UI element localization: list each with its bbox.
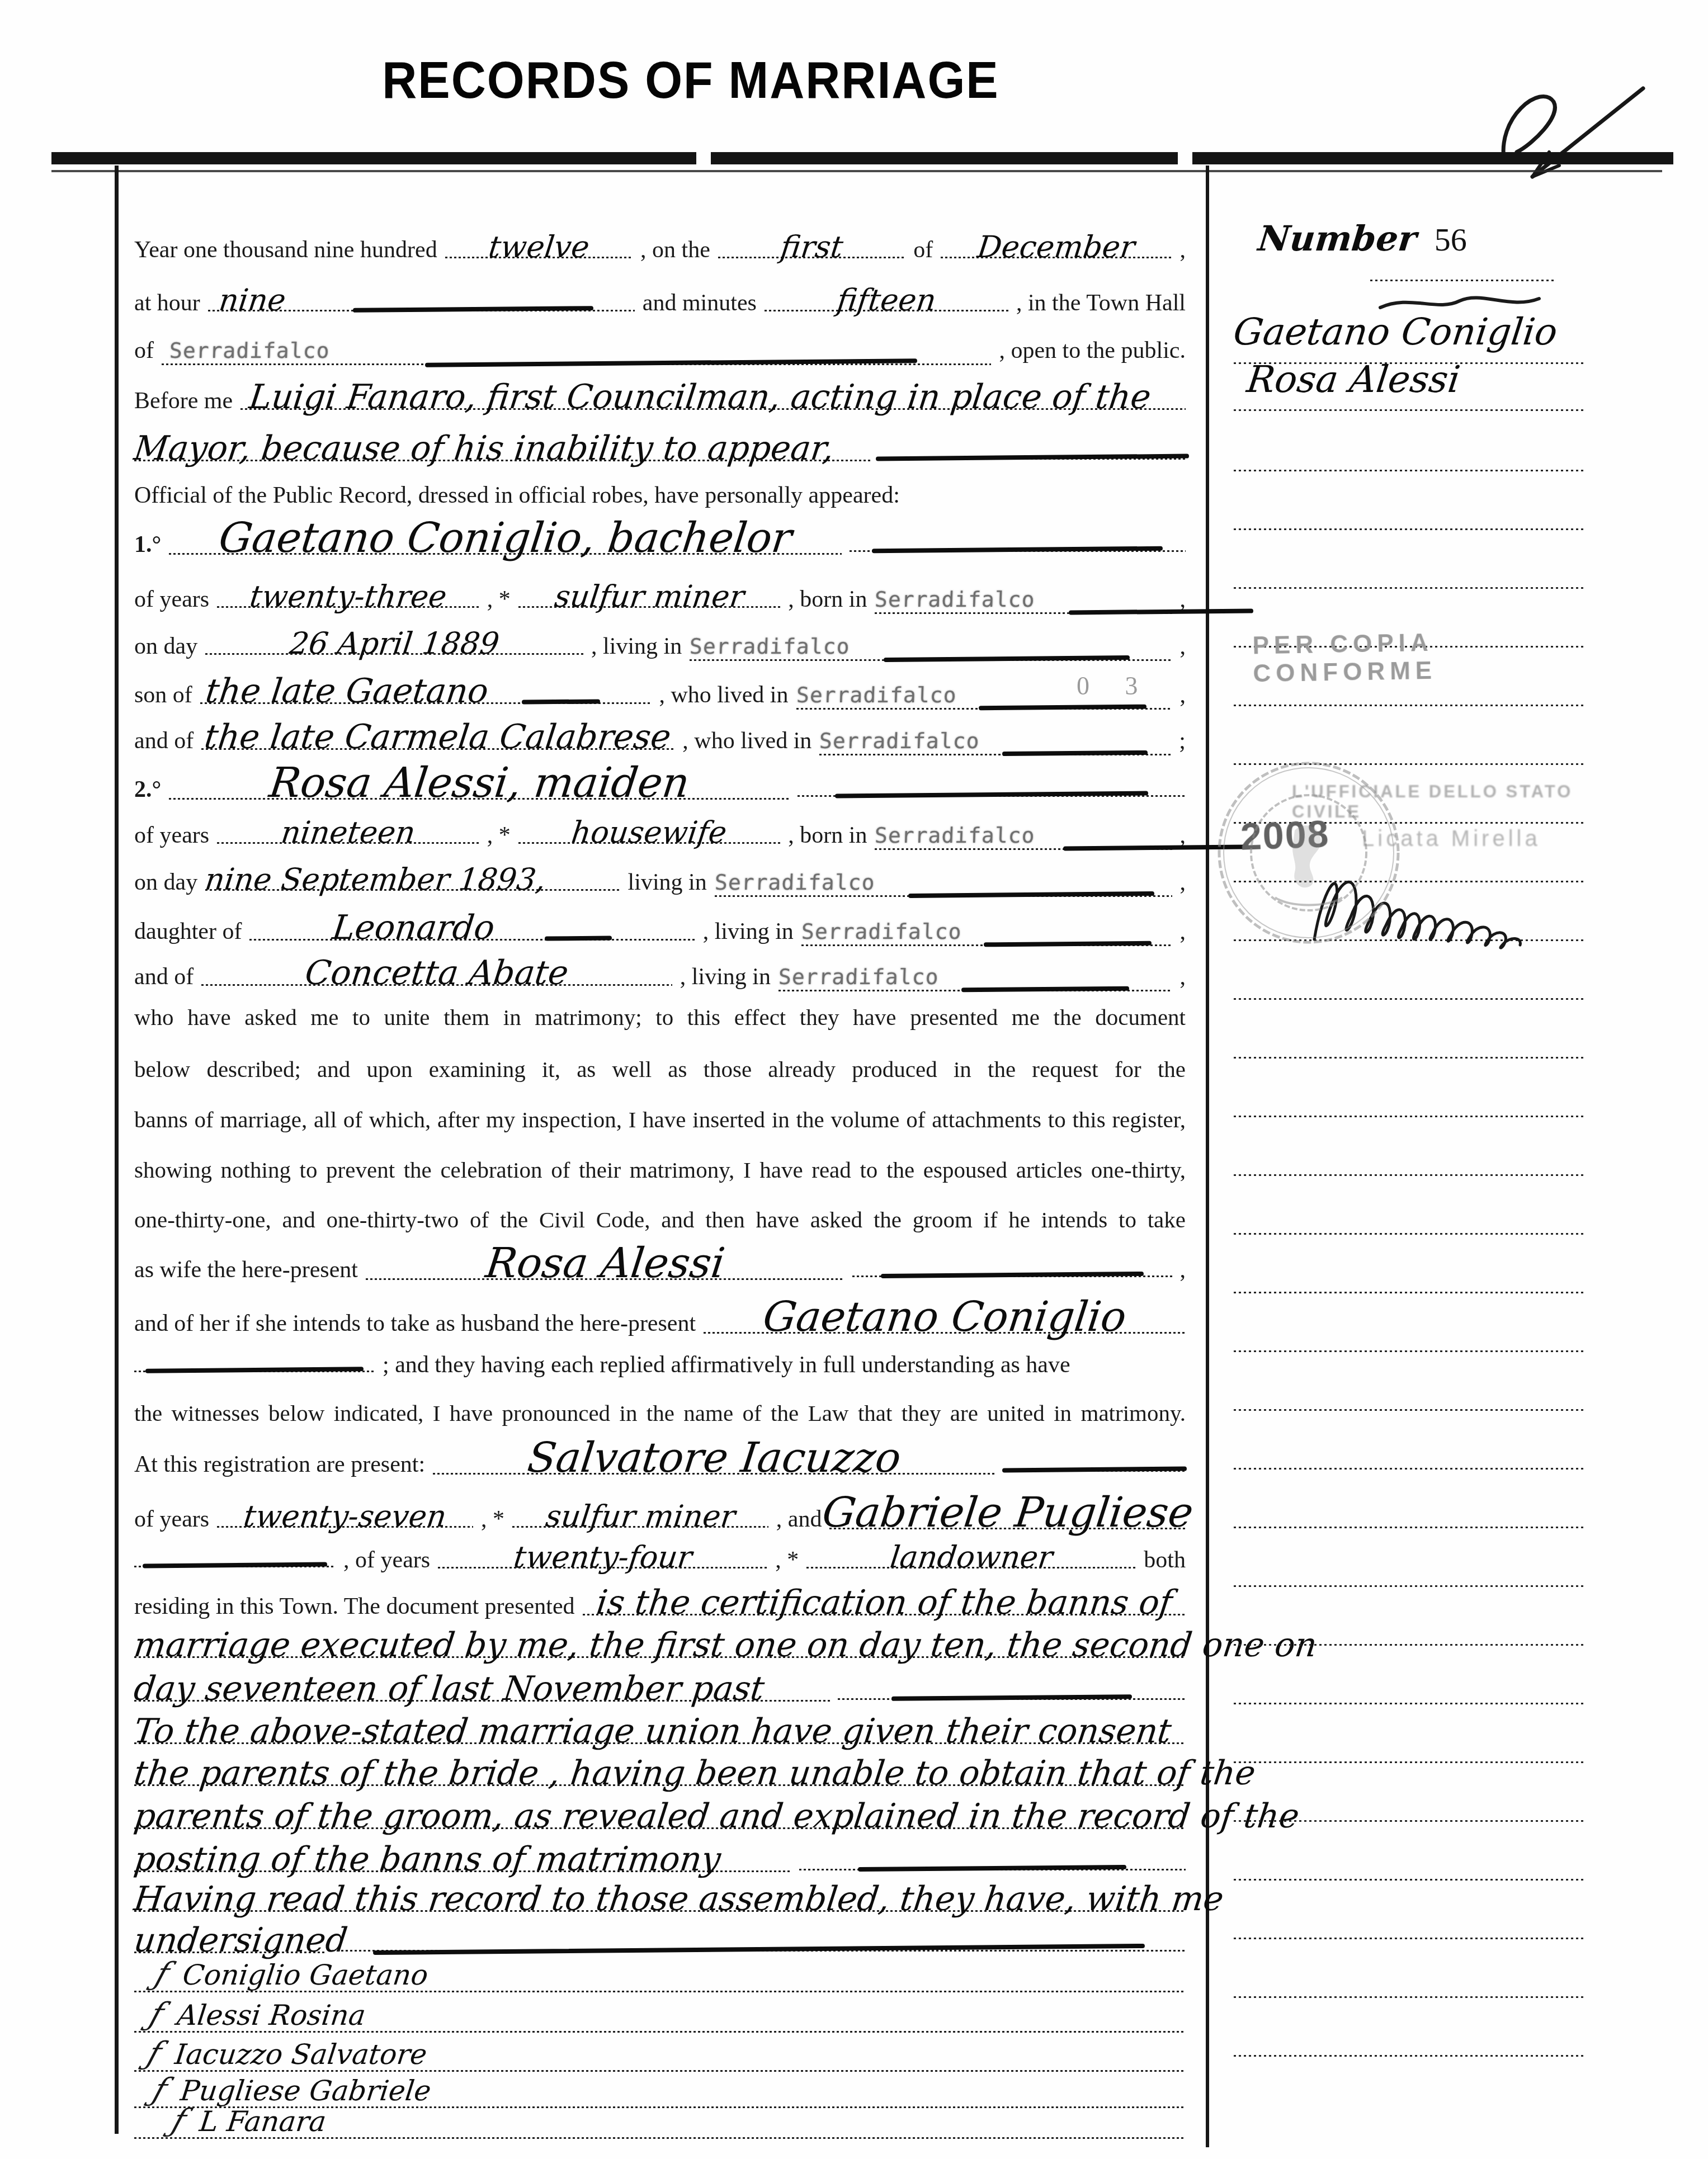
form-label: , of years — [343, 1547, 430, 1574]
entry-witness-2-age: twenty-four — [438, 1542, 767, 1569]
form-line-groom-birth: on day 26 April 1889 , living in Serradi… — [134, 629, 1186, 661]
form-label: of years — [134, 822, 209, 849]
handwritten-official: Luigi Fanaro, first Councilman, acting i… — [247, 380, 1153, 414]
dotted-line — [1234, 1820, 1586, 1822]
handwritten-month: December — [976, 232, 1137, 262]
form-label: living in — [628, 869, 707, 896]
entry-witness-1: Salvatore Iacuzzo — [433, 1437, 995, 1475]
stamped-town: Serradifalco — [778, 965, 939, 989]
form-label: , who lived in — [659, 682, 789, 708]
signature-row: ƒ Coniglio Gaetano — [134, 1956, 1186, 1995]
ink-stroke — [145, 1367, 364, 1373]
form-label: , — [1180, 1256, 1186, 1283]
form-line-document: residing in this Town. The document pres… — [134, 1586, 1186, 1620]
entry-blank — [134, 1368, 375, 1372]
stamped-town: Serradifalco — [714, 870, 875, 895]
paragraph-line: showing nothing to prevent the celebrati… — [134, 1156, 1186, 1183]
dotted-line — [1234, 1996, 1586, 1998]
form-line-bride-birth: on day nine September 1893, living in Se… — [134, 864, 1186, 897]
form-label: , living in — [591, 633, 682, 660]
form-line-document-3: day seventeen of last November past — [134, 1672, 1186, 1702]
record-body: Year one thousand nine hundred twelve , … — [134, 0, 1186, 2159]
form-line-official-2: Mayor, because of his inability to appea… — [134, 432, 1186, 461]
form-label: on day — [134, 633, 197, 660]
ink-stroke — [984, 941, 1152, 947]
handwritten-bride-mother: Concetta Abate — [303, 956, 570, 990]
paragraph-line: banns of marriage, all of which, after m… — [134, 1106, 1186, 1133]
form-label: of — [134, 337, 154, 364]
entry-witness-2-occupation: landowner — [806, 1542, 1136, 1569]
groom-ordinal: 1.° — [134, 531, 161, 558]
entry-blank — [134, 1563, 336, 1567]
entry-bride-mother: Concetta Abate — [201, 956, 672, 986]
ink-stroke — [522, 699, 600, 704]
handwritten-document: is the certification of the banns of — [595, 1586, 1174, 1619]
signature-flourish: ƒ — [145, 1996, 168, 2033]
entry-groom-birthdate: 26 April 1889 — [205, 629, 583, 655]
entry-blank — [879, 455, 1186, 460]
ink-stroke — [425, 358, 917, 367]
form-label: and minutes — [643, 290, 757, 316]
handwritten-consent-cont: parents of the groom, as revealed and ex… — [132, 1799, 1301, 1833]
form-label: on day — [134, 869, 197, 896]
form-label: , * — [481, 1506, 504, 1533]
form-label: Official of the Public Record, dressed i… — [134, 482, 900, 509]
form-label: ; — [1179, 727, 1186, 754]
form-label: , — [1180, 869, 1186, 896]
entry-witness-1-occupation: sulfur miner — [512, 1501, 768, 1528]
entry-groom-name: Gaetano Coniglio, bachelor — [169, 517, 841, 555]
form-line-groom: 1.° Gaetano Coniglio, bachelor — [134, 517, 1186, 568]
copy-conforme-stamp: PER COPIA CONFORME — [1252, 626, 1600, 688]
dotted-line — [1234, 1233, 1586, 1235]
form-label: , open to the public. — [999, 337, 1186, 364]
column-divider — [1206, 166, 1209, 2147]
margin-column: Number 56 Gaetano Coniglio Rosa Alessi P… — [1230, 0, 1600, 2159]
ink-stroke — [835, 791, 1148, 799]
signature-row: ƒ Alessi Rosina — [134, 1996, 1186, 2035]
entry-blank — [799, 1866, 1186, 1870]
dotted-line — [1234, 1879, 1586, 1881]
handwritten-consent-cont: the parents of the bride , having been u… — [132, 1756, 1257, 1790]
signature-bride: Alessi Rosina — [176, 2001, 367, 2029]
number-value: 56 — [1435, 221, 1467, 258]
entry-minutes: fifteen — [765, 285, 1008, 311]
faint-pencil-mark: 0 3 — [1077, 671, 1153, 701]
form-label: and of — [134, 727, 194, 754]
form-line-consent: To the above-stated marriage union have … — [134, 1714, 1186, 1744]
form-line-town: of Serradifalco , open to the public. — [134, 337, 1186, 365]
entry-groom-residence: Serradifalco — [690, 634, 1172, 661]
entry-official: Luigi Fanaro, first Councilman, acting i… — [240, 380, 1186, 410]
stamped-town: Serradifalco — [875, 823, 1036, 848]
record-number-line: Number 56 — [1258, 218, 1467, 259]
dotted-line — [1234, 1585, 1586, 1587]
entry-bride-father: Leonardo — [249, 911, 695, 941]
dotted-line — [1234, 1703, 1586, 1704]
form-label: , living in — [680, 963, 771, 990]
entry-bride-father-residence: Serradifalco — [801, 919, 1172, 946]
signature-row: ƒ Iacuzzo Salvatore — [134, 2035, 1186, 2075]
handwritten-bride-occupation: housewife — [570, 818, 729, 848]
form-label: , born in — [788, 586, 867, 613]
handwritten-witness-1-occupation: sulfur miner — [544, 1501, 737, 1532]
handwritten-husband-name: Gaetano Coniglio — [761, 1296, 1128, 1338]
entry-official-cont: Mayor, because of his inability to appea… — [134, 432, 871, 461]
handwritten-witness-2: Gabriele Pugliese — [820, 1492, 1195, 1533]
handwritten-document-cont: day seventeen of last November past — [132, 1672, 766, 1706]
ink-stroke — [1002, 750, 1148, 756]
handwritten-hour: nine — [217, 285, 287, 315]
entry-document-cont: marriage executed by me, the first one o… — [134, 1628, 1186, 1658]
dotted-line — [1234, 1468, 1586, 1470]
dotted-line — [1234, 998, 1586, 1000]
signature-flourish: ƒ — [143, 2035, 166, 2072]
stamped-town: Serradifalco — [801, 919, 962, 944]
form-line-document-2: marriage executed by me, the first one o… — [134, 1628, 1186, 1658]
entry-year: twelve — [445, 232, 633, 258]
form-line-consent-2: the parents of the bride , having been u… — [134, 1756, 1186, 1786]
handwritten-consent-cont: posting of the banns of matrimony — [132, 1843, 723, 1876]
form-label: as wife the here-present — [134, 1256, 358, 1283]
ink-stroke — [1069, 609, 1253, 615]
form-label: and of her if she intends to take as hus… — [134, 1310, 696, 1337]
signature-line: ƒ Coniglio Gaetano — [134, 1956, 1186, 1992]
entry-bride-mother-residence: Serradifalco — [778, 965, 1172, 991]
entry-mother-residence: Serradifalco — [819, 729, 1171, 755]
ink-stroke — [1002, 1467, 1187, 1473]
paragraph-line: one-thirty-one, and one-thirty-two of th… — [134, 1206, 1186, 1233]
entry-hour: nine — [208, 285, 635, 311]
stamped-town: Serradifalco — [169, 338, 330, 363]
form-label: , in the Town Hall — [1016, 290, 1186, 316]
signature-line: ƒ Iacuzzo Salvatore — [134, 2035, 1186, 2072]
form-left-border — [115, 166, 119, 2134]
entry-blank — [798, 792, 1186, 797]
handwritten-day: first — [779, 232, 845, 262]
form-label: , — [1180, 963, 1186, 990]
ink-stroke — [545, 936, 612, 941]
entry-blank — [852, 1273, 1172, 1277]
form-label: both — [1144, 1547, 1186, 1574]
dotted-line — [1234, 528, 1586, 530]
entry-month: December — [941, 232, 1172, 258]
stamped-town: Serradifalco — [875, 587, 1036, 612]
signature-flourish: ƒ — [167, 2103, 191, 2139]
form-label: , living in — [703, 918, 794, 945]
paragraph-line: below described; and upon examining it, … — [134, 1056, 1186, 1083]
dotted-line — [1234, 1116, 1586, 1117]
handwritten-official-cont: Mayor, because of his inability to appea… — [132, 432, 836, 465]
form-label: son of — [134, 682, 192, 708]
entry-groom-father: the late Gaetano — [200, 674, 652, 704]
entry-bride-name: Rosa Alessi, maiden — [169, 762, 790, 800]
dotted-line — [1234, 587, 1586, 589]
form-line-bride-mother: and of Concetta Abate , living in Serrad… — [134, 956, 1186, 991]
entry-groom-birthplace: Serradifalco — [875, 587, 1172, 614]
handwritten-groom-birthdate: 26 April 1889 — [288, 629, 501, 659]
form-line-date: Year one thousand nine hundred twelve , … — [134, 232, 1186, 263]
form-label: At this registration are present: — [134, 1451, 425, 1478]
margin-bride-name: Rosa Alessi — [1247, 358, 1460, 401]
dotted-line — [1234, 1938, 1586, 1939]
form-label: , — [1180, 633, 1186, 660]
handwritten-witness-2-age: twenty-four — [512, 1542, 693, 1572]
stamped-town: Serradifalco — [689, 634, 850, 659]
ink-stroke — [884, 655, 1130, 662]
dotted-line — [1234, 1174, 1586, 1176]
dotted-line — [1234, 705, 1586, 706]
form-label: , and — [776, 1506, 822, 1533]
dotted-line — [1234, 1527, 1586, 1528]
municipal-seal — [1191, 758, 1437, 948]
form-label: Before me — [134, 388, 233, 414]
form-line-groom-mother: and of the late Carmela Calabrese , who … — [134, 720, 1186, 755]
entry-wife-name: Rosa Alessi — [366, 1243, 845, 1280]
handwritten-closing-cont: undersigned — [132, 1924, 349, 1957]
form-line-groom-father: son of the late Gaetano , who lived in S… — [134, 674, 1186, 710]
entry-bride-birthdate: nine September 1893, — [205, 864, 620, 891]
entry-blank — [838, 1695, 1186, 1700]
dotted-line — [1234, 1292, 1586, 1293]
dotted-line — [1234, 409, 1586, 411]
form-line-witness-2-details: , of years twenty-four , * landowner bot… — [134, 1542, 1186, 1574]
form-line-wife-name: as wife the here-present Rosa Alessi , — [134, 1243, 1186, 1293]
entry-bride-occupation: housewife — [518, 818, 781, 844]
handwritten-bride-name: Rosa Alessi, maiden — [267, 762, 692, 804]
entry-consent-cont: parents of the groom, as revealed and ex… — [134, 1799, 1186, 1829]
entry-groom-age: twenty-three — [217, 582, 479, 608]
form-line-closing-2: undersigned — [134, 1924, 1186, 1953]
form-label: , * — [487, 822, 511, 849]
entry-husband-name: Gaetano Coniglio — [704, 1296, 1186, 1334]
form-label: , — [1180, 918, 1186, 945]
form-label: , who lived in — [682, 727, 811, 754]
form-line-bride-father: daughter of Leonardo , living in Serradi… — [134, 911, 1186, 946]
ink-stroke — [908, 891, 1154, 898]
entry-bride-age: nineteen — [217, 818, 479, 844]
ink-stroke — [961, 986, 1129, 993]
form-label: ; and they having each replied affirmati… — [383, 1352, 1070, 1378]
form-label: at hour — [134, 290, 200, 316]
dotted-line — [1370, 280, 1555, 281]
form-line-replied: ; and they having each replied affirmati… — [134, 1352, 1186, 1378]
dotted-line — [1234, 1350, 1586, 1352]
form-line-witness-1: At this registration are present: Salvat… — [134, 1437, 1186, 1487]
handwritten-groom-occupation: sulfur miner — [553, 582, 746, 612]
handwritten-bride-age: nineteen — [279, 818, 417, 848]
form-label: , — [1180, 682, 1186, 708]
scanned-marriage-record-page: { "title": "RECORDS OF MARRIAGE", "f": {… — [0, 0, 1708, 2159]
form-label: of years — [134, 1506, 209, 1533]
margin-groom-name: Gaetano Coniglio — [1234, 310, 1557, 353]
handwritten-witness-2-occupation: landowner — [888, 1542, 1054, 1572]
entry-document-cont: day seventeen of last November past — [134, 1672, 830, 1702]
form-line-husband-name: and of her if she intends to take as hus… — [134, 1296, 1186, 1347]
handwritten-witness-1: Salvatore Iacuzzo — [526, 1437, 903, 1478]
form-label: of years — [134, 586, 209, 613]
form-label: , * — [487, 586, 511, 613]
signature-witness-1: Iacuzzo Salvatore — [173, 2040, 428, 2068]
margin-bride-text: Rosa Alessi — [1244, 358, 1462, 401]
form-line-witness-1-details: of years twenty-seven , * sulfur miner ,… — [134, 1492, 1186, 1542]
stamped-town: Serradifalco — [819, 729, 980, 753]
form-label: , — [1179, 237, 1186, 263]
handwritten-minutes: fifteen — [835, 285, 937, 315]
ink-stroke — [872, 546, 1163, 554]
form-label: , * — [775, 1547, 799, 1574]
ink-stroke — [876, 454, 1189, 461]
signature-official: L Fanara — [198, 2108, 328, 2136]
handwritten-closing: Having read this record to those assembl… — [132, 1882, 1225, 1916]
bride-ordinal: 2.° — [134, 776, 161, 803]
entry-document: is the certification of the banns of — [583, 1586, 1186, 1615]
form-label: of — [913, 237, 933, 263]
dotted-line — [1234, 1644, 1586, 1646]
dotted-line — [1234, 470, 1586, 471]
number-label: Number — [1256, 218, 1419, 259]
form-line-bride-age: of years nineteen , * housewife , born i… — [134, 818, 1186, 850]
form-line-groom-age: of years twenty-three , * sulfur miner ,… — [134, 582, 1186, 614]
entry-bride-birthplace: Serradifalco — [875, 823, 1172, 850]
margin-groom-text: Gaetano Coniglio — [1231, 310, 1560, 353]
handwritten-bride-father: Leonardo — [331, 911, 496, 944]
handwritten-year: twelve — [487, 232, 591, 262]
dotted-line — [1234, 1057, 1586, 1059]
handwritten-document-cont: marriage executed by me, the first one o… — [132, 1628, 1319, 1662]
entry-closing: Having read this record to those assembl… — [134, 1882, 1186, 1912]
dotted-line — [1234, 2055, 1586, 2057]
dotted-line — [1234, 1409, 1586, 1411]
form-line-consent-3: parents of the groom, as revealed and ex… — [134, 1799, 1186, 1829]
form-line-consent-4: posting of the banns of matrimony — [134, 1843, 1186, 1872]
signature-line: ƒ Alessi Rosina — [134, 1996, 1186, 2033]
handwritten-bride-birthdate: nine September 1893, — [204, 864, 548, 895]
entry-bride-residence: Serradifalco — [715, 870, 1172, 897]
entry-town: Serradifalco — [162, 338, 991, 365]
entry-blank — [1003, 1467, 1186, 1472]
entry-witness-1-age: twenty-seven — [217, 1501, 473, 1528]
handwritten-witness-1-age: twenty-seven — [242, 1501, 449, 1532]
form-line-bride: 2.° Rosa Alessi, maiden — [134, 762, 1186, 812]
form-label: , born in — [788, 822, 867, 849]
handwritten-groom-age: twenty-three — [248, 582, 448, 612]
ink-stroke — [891, 1694, 1132, 1701]
entry-closing-cont: undersigned — [134, 1924, 324, 1953]
ink-stroke — [143, 1562, 327, 1569]
entry-groom-occupation: sulfur miner — [518, 582, 781, 608]
entry-groom-mother: the late Carmela Calabrese — [201, 720, 674, 750]
stamped-town: Serradifalco — [796, 683, 957, 707]
signature-flourish: ƒ — [150, 1956, 174, 1992]
form-line-appeared: Official of the Public Record, dressed i… — [134, 482, 1186, 509]
form-line-official: Before me Luigi Fanaro, first Councilman… — [134, 380, 1186, 414]
entry-consent: To the above-stated marriage union have … — [134, 1714, 1186, 1744]
form-label: Year one thousand nine hundred — [134, 237, 437, 263]
dotted-line — [1234, 1761, 1586, 1763]
ink-stroke — [979, 705, 1146, 711]
signature-row: ƒ L Fanara — [134, 2103, 1186, 2134]
form-label: and of — [134, 963, 194, 990]
entry-consent-cont: posting of the banns of matrimony — [134, 1843, 791, 1872]
ink-stroke — [373, 1944, 1145, 1955]
entry-day: first — [718, 232, 905, 258]
ink-stroke — [353, 306, 593, 313]
form-line-time: at hour nine and minutes fifteen , in th… — [134, 285, 1186, 316]
entry-blank — [332, 1947, 1186, 1952]
form-line-closing: Having read this record to those assembl… — [134, 1882, 1186, 1912]
ink-stroke — [881, 1272, 1144, 1278]
signature-row: ƒ Pugliese Gabriele — [134, 2072, 1186, 2106]
signature-groom: Coniglio Gaetano — [181, 1961, 430, 1989]
form-label: daughter of — [134, 918, 242, 945]
paragraph-line: who have asked me to unite them in matri… — [134, 1004, 1186, 1031]
form-label: residing in this Town. The document pres… — [134, 1593, 575, 1620]
handwritten-groom-father: the late Gaetano — [204, 674, 490, 708]
entry-blank — [850, 547, 1186, 552]
entry-consent-cont: the parents of the bride , having been u… — [134, 1756, 1186, 1786]
handwritten-wife-name: Rosa Alessi — [483, 1243, 726, 1284]
ink-stroke — [858, 1865, 1126, 1872]
entry-witness-2: Gabriele Pugliese — [829, 1492, 1186, 1529]
handwritten-groom-mother: the late Carmela Calabrese — [202, 720, 673, 754]
signature-witness-2: Pugliese Gabriele — [179, 2077, 433, 2105]
form-label: , on the — [640, 237, 710, 263]
handwritten-consent: To the above-stated marriage union have … — [132, 1714, 1173, 1748]
signature-line: ƒ L Fanara — [134, 2103, 1186, 2139]
handwritten-groom-name: Gaetano Coniglio, bachelor — [216, 517, 794, 559]
paragraph-line: the witnesses below indicated, I have pr… — [134, 1400, 1186, 1426]
